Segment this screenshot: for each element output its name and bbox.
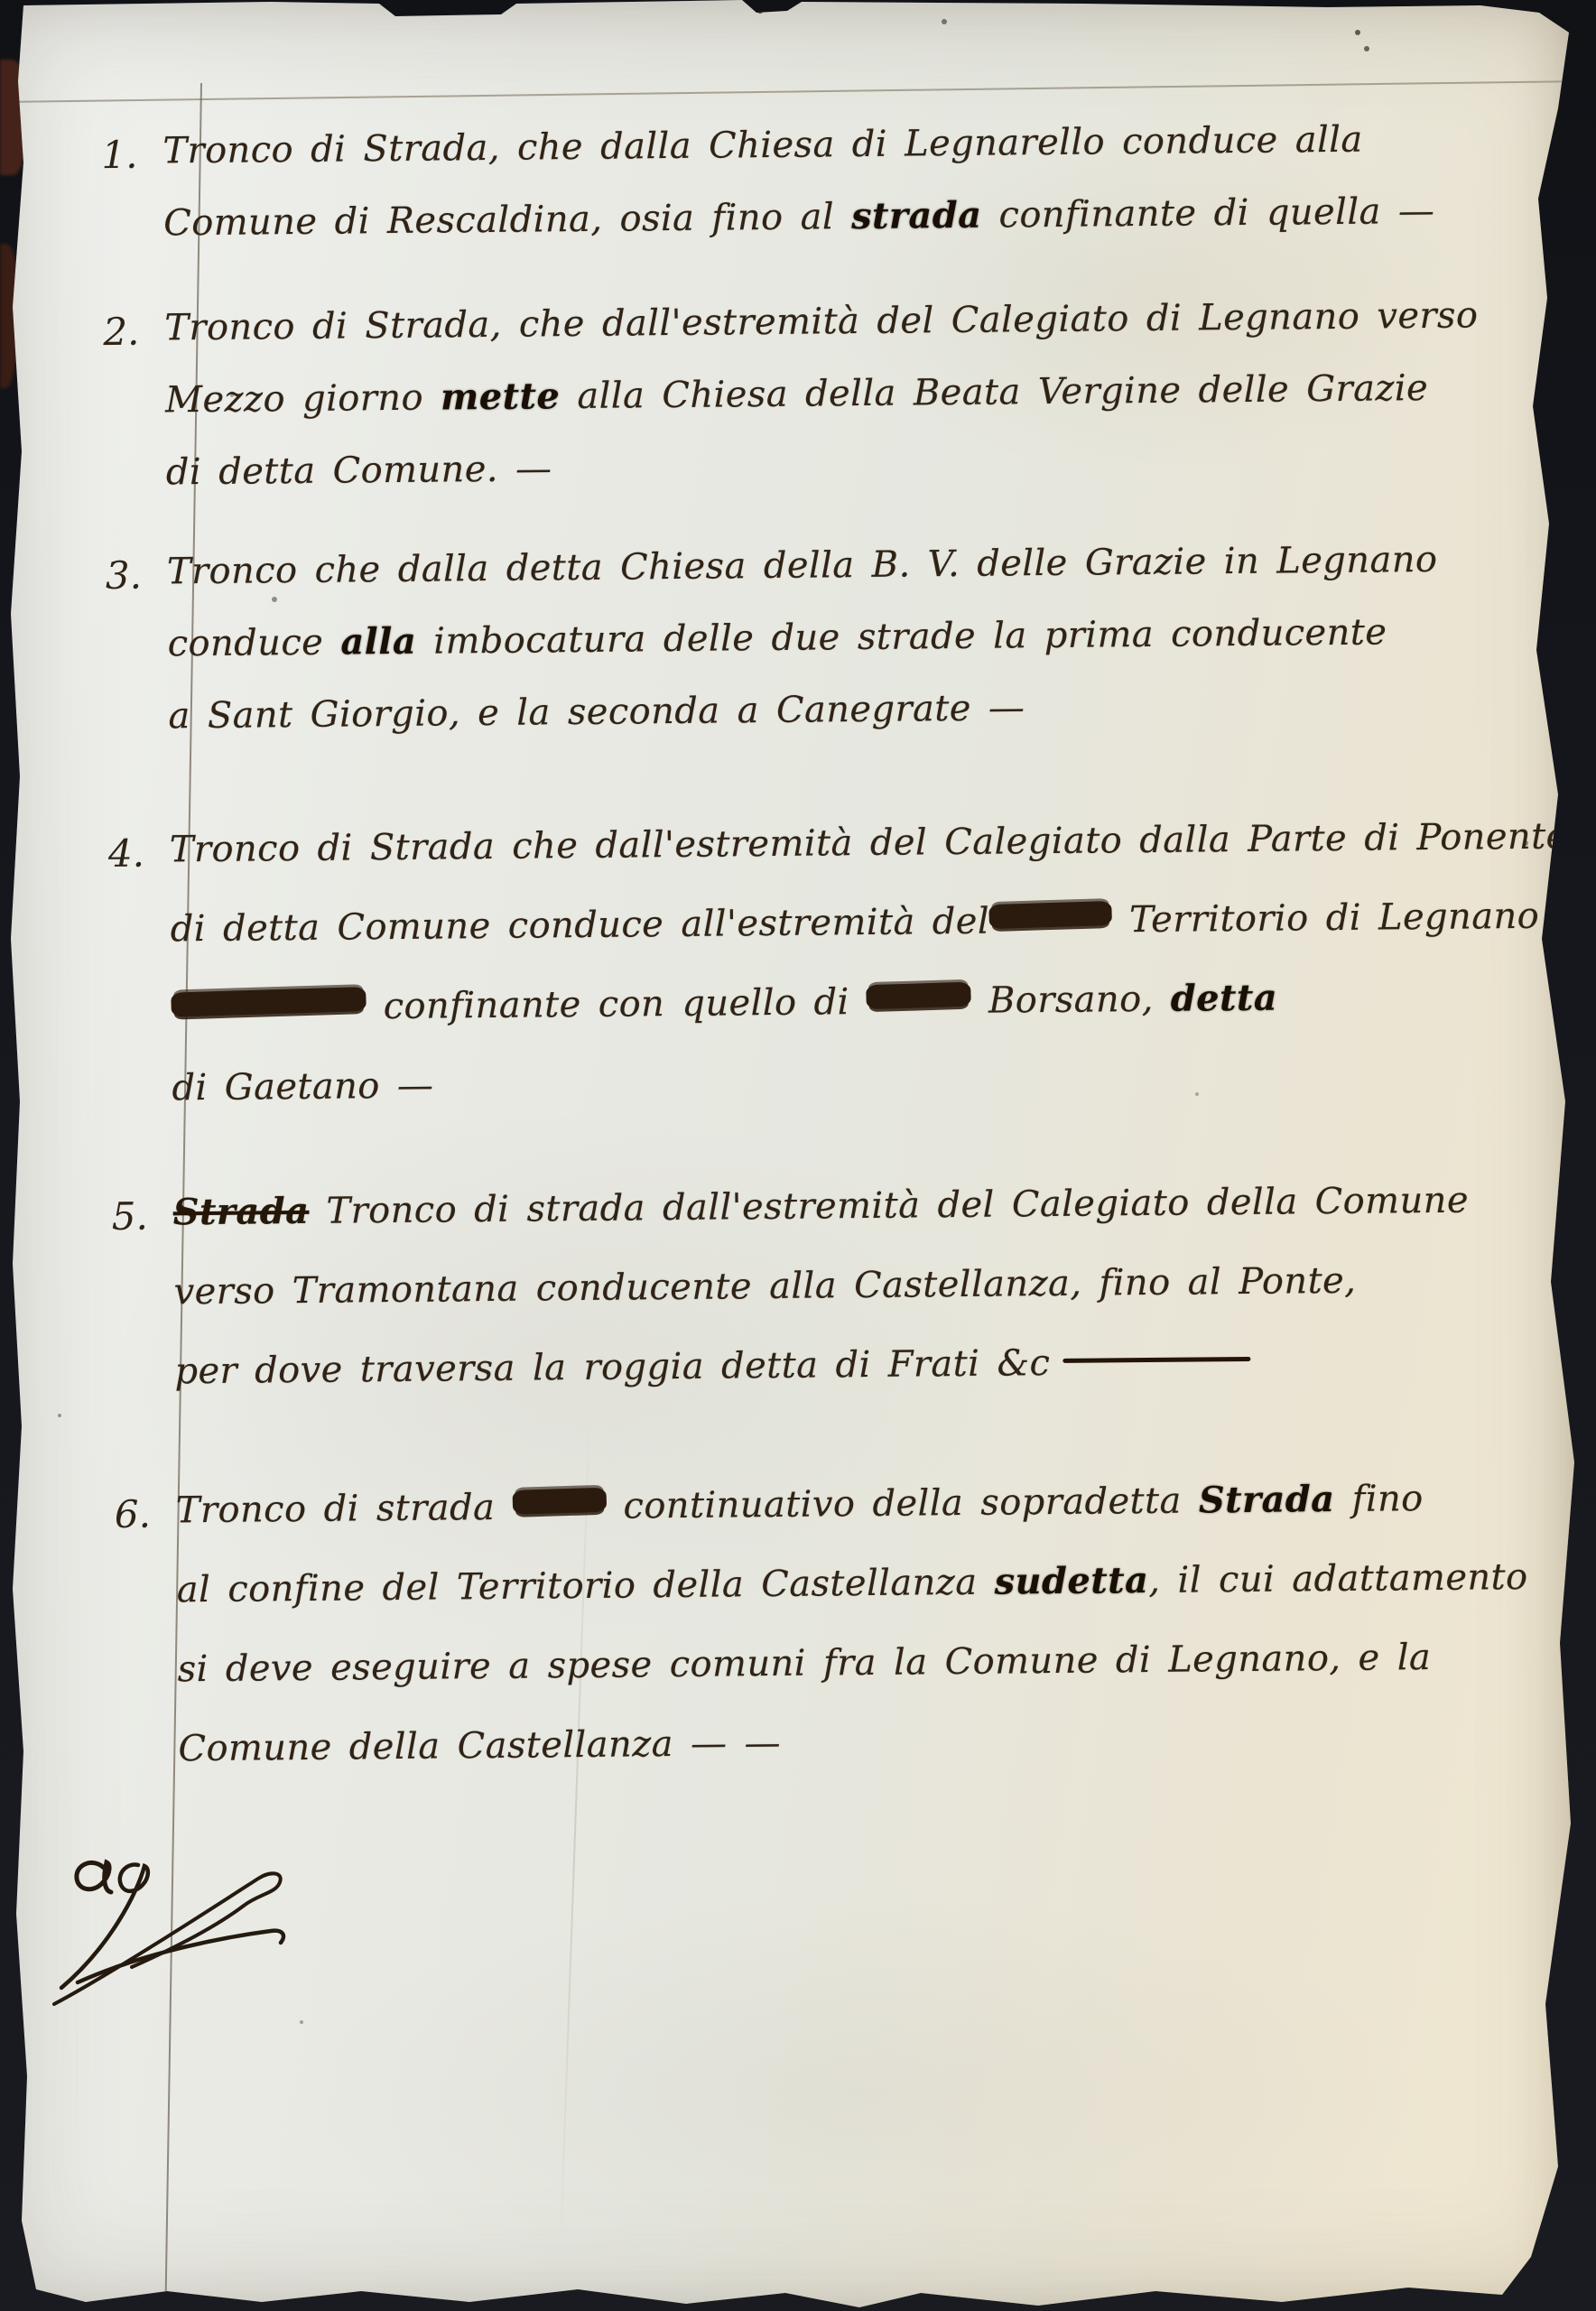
scribbled-out-word: [512, 1488, 607, 1515]
text-run: Tronco di Strada, che dall'estremità del…: [164, 294, 1478, 348]
manuscript-line: Mezzo giorno mette alla Chiesa della Bea…: [165, 350, 1576, 436]
text-run: Tronco di Strada che dall'estremità del …: [170, 816, 1568, 871]
item-text: Tronco di Strada, che dalla Chiesa di Le…: [162, 101, 1573, 259]
text-run: a Sant Giorgio, e la seconda a Canegrate…: [168, 687, 1025, 737]
text-run: si deve eseguire a spese comuni fra la C…: [177, 1637, 1431, 1690]
manuscript-line: verso Tramontana conducente alla Castell…: [173, 1239, 1584, 1332]
item-number: 5.: [10, 1176, 175, 1416]
text-run: Territorio di Legnano: [1112, 896, 1539, 942]
photo-background: 1.Tronco di Strada, che dalla Chiesa di …: [0, 0, 1596, 2311]
manuscript-page: 1.Tronco di Strada, che dalla Chiesa di …: [0, 0, 1596, 2311]
scribbled-out-word: [866, 982, 971, 1010]
item-text: Strada Tronco di strada dall'estremità d…: [172, 1159, 1584, 1411]
corrected-word: mette: [441, 375, 561, 418]
text-run: di Gaetano —: [172, 1065, 433, 1109]
scribbled-out-word: [989, 901, 1113, 929]
item-number: 4.: [7, 813, 172, 1133]
text-run: Mezzo giorno: [165, 376, 441, 421]
manuscript-line: Tronco di Strada, che dalla Chiesa di Le…: [162, 101, 1573, 187]
text-run: fino: [1334, 1478, 1424, 1520]
struck-word: Strada: [173, 1190, 310, 1233]
corrected-word: strada: [851, 194, 982, 237]
list-item: 6.Tronco di strada continuativo della so…: [14, 1457, 1589, 1790]
text-run: di detta Comune. —: [166, 448, 552, 493]
manuscript-line: Tronco di strada continuativo della sopr…: [176, 1457, 1587, 1550]
manuscript-line: di Gaetano —: [172, 1035, 1582, 1128]
text-run: confinante con quello di: [366, 981, 867, 1027]
text-run: Tronco di strada: [176, 1487, 513, 1532]
manuscript-line: al confine del Territorio della Castella…: [176, 1536, 1587, 1629]
text-run: , il cui adattamento: [1148, 1556, 1528, 1601]
text-run: al confine del Territorio della Castella…: [177, 1562, 995, 1611]
text-run: continuativo della sopradetta: [606, 1480, 1199, 1527]
text-run: Comune della Castellanza — —: [178, 1722, 781, 1769]
text-run: confinante di quella —: [981, 190, 1434, 237]
items-list: 1.Tronco di Strada, che dalla Chiesa di …: [0, 101, 1589, 1790]
corrected-word: sudetta: [994, 1559, 1148, 1603]
item-text: Tronco che dalla detta Chiesa della B. V…: [167, 522, 1579, 752]
pen-dash-rule: [1062, 1356, 1250, 1362]
text-run: Tronco di strada dall'estremità del Cale…: [309, 1180, 1469, 1232]
manuscript-line: Tronco di Strada, che dall'estremità del…: [164, 278, 1575, 364]
manuscript-line: Comune di Rescaldina, osia fino al strad…: [163, 173, 1574, 259]
text-run: conduce: [167, 622, 340, 665]
manuscript-line: si deve eseguire a spese comuni fra la C…: [177, 1616, 1588, 1709]
manuscript-content: 1.Tronco di Strada, che dalla Chiesa di …: [0, 92, 1589, 1790]
text-run: Borsano,: [971, 979, 1171, 1022]
manuscript-line: Tronco di Strada che dall'estremità del …: [169, 796, 1580, 889]
text-run: alla Chiesa della Beata Vergine delle Gr…: [560, 367, 1428, 417]
corrected-word: Strada: [1199, 1478, 1335, 1521]
text-run: imbocatura delle due strade la prima con…: [416, 611, 1387, 662]
list-item: 1.Tronco di Strada, che dalla Chiesa di …: [0, 101, 1573, 261]
text-run: di detta Comune conduce all'estremità de…: [171, 901, 990, 951]
manuscript-line: di detta Comune. —: [166, 422, 1577, 508]
manuscript-line: confinante con quello di Borsano, detta: [171, 955, 1582, 1048]
text-run: per dove traversa la roggia detta di Fra…: [174, 1342, 1050, 1392]
corrected-word: detta: [1171, 977, 1278, 1020]
item-text: Tronco di Strada che dall'estremità del …: [169, 796, 1582, 1128]
manuscript-line: Tronco che dalla detta Chiesa della B. V…: [167, 522, 1578, 608]
corrected-word: alla: [340, 620, 416, 664]
item-text: Tronco di strada continuativo della sopr…: [176, 1457, 1589, 1788]
manuscript-line: Comune della Castellanza — —: [178, 1695, 1589, 1788]
item-text: Tronco di Strada, che dall'estremità del…: [164, 278, 1576, 508]
list-item: 5.Strada Tronco di strada dall'estremità…: [10, 1159, 1584, 1413]
manuscript-line: a Sant Giorgio, e la seconda a Canegrate…: [168, 666, 1579, 752]
manuscript-line: di detta Comune conduce all'estremità de…: [170, 876, 1581, 969]
text-run: Tronco di Strada, che dalla Chiesa di Le…: [162, 119, 1363, 172]
list-item: 2.Tronco di Strada, che dall'estremità d…: [2, 278, 1576, 510]
item-number: 2.: [2, 295, 166, 514]
item-number: 3.: [5, 539, 169, 757]
signature-paraph: [47, 1838, 327, 2028]
item-number: 6.: [14, 1474, 179, 1794]
text-run: Tronco che dalla detta Chiesa della B. V…: [167, 539, 1438, 593]
manuscript-line: Strada Tronco di strada dall'estremità d…: [172, 1159, 1583, 1252]
ink-specks: [0, 0, 4, 4]
scribbled-out-word: [171, 987, 367, 1017]
manuscript-line: per dove traversa la roggia detta di Fra…: [174, 1318, 1585, 1411]
list-item: 3.Tronco che dalla detta Chiesa della B.…: [5, 522, 1579, 754]
text-run: verso Tramontana conducente alla Castell…: [173, 1260, 1356, 1313]
list-item: 4.Tronco di Strada che dall'estremità de…: [6, 796, 1582, 1129]
text-run: Comune di Rescaldina, osia fino al: [163, 196, 851, 244]
manuscript-line: conduce alla imbocatura delle due strade…: [167, 594, 1578, 680]
item-number: 1.: [0, 118, 164, 265]
